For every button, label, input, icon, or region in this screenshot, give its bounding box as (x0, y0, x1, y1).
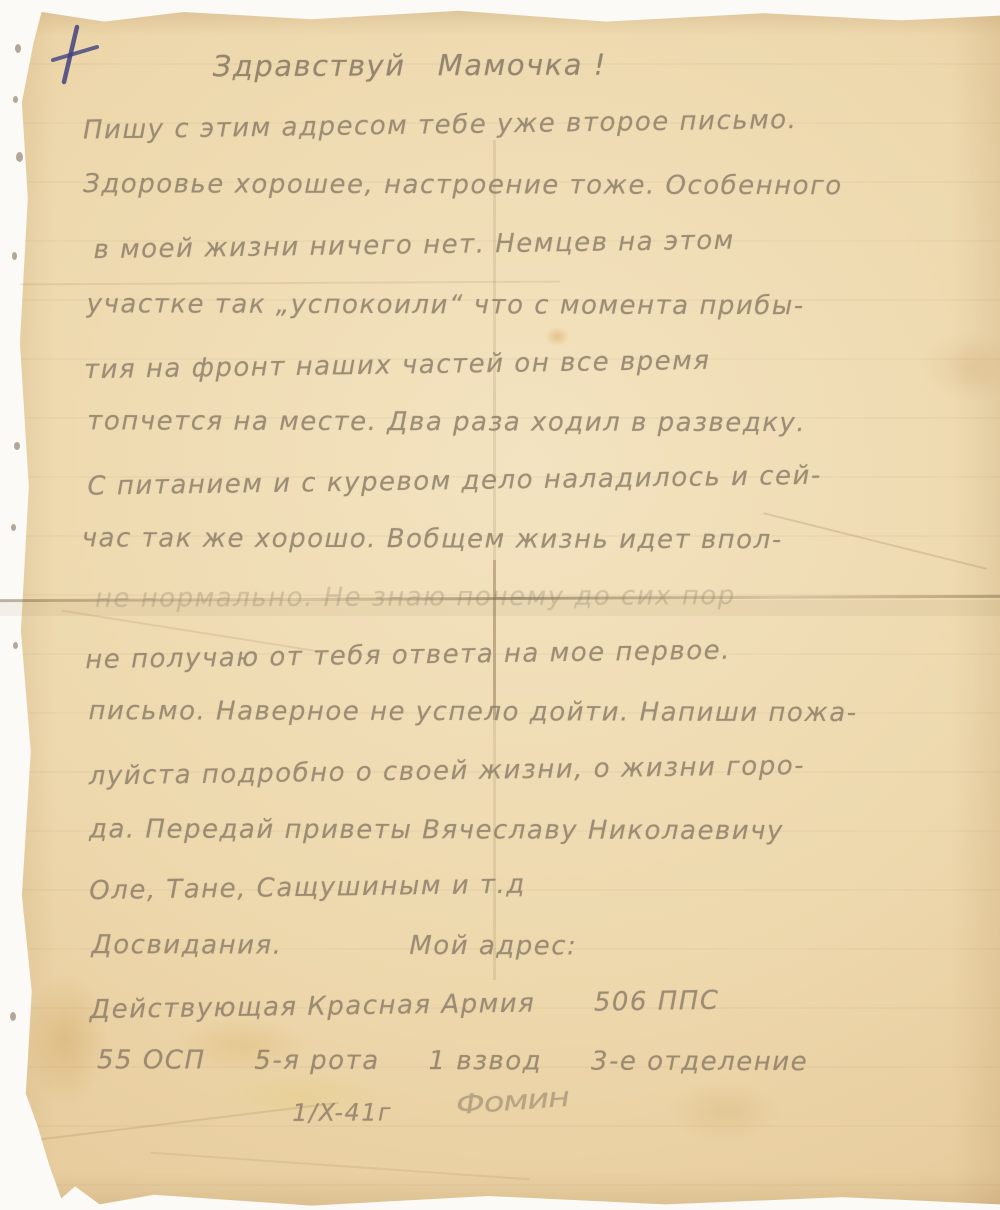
handwritten-line: луйста подробно о своей жизни, о жизни г… (89, 751, 806, 792)
handwritten-line: Досвидания. Мой адрес: (91, 930, 577, 961)
handwritten-line: да. Передай приветы Вячеславу Николаевич… (89, 814, 784, 846)
handwritten-line: час так же хорошо. Вобщем жизнь идет впо… (82, 523, 783, 555)
signature: Фомин (455, 1082, 570, 1121)
handwriting-layer: Здравствуй Мамочка ! Пишу с этим адресом… (0, 0, 1000, 1210)
scanned-letter-page: { "letter": { "corner_mark": "+", "headi… (0, 0, 1000, 1210)
handwritten-line: С питанием и с куревом дело наладилось и… (87, 461, 822, 502)
letter-date: 1/X-41г (292, 1098, 392, 1126)
address-line: 55 ОСП 5-я рота 1 взвод 3-е отделение (97, 1045, 808, 1077)
handwritten-line: Здоровье хорошее, настроение тоже. Особе… (83, 169, 843, 201)
handwritten-line: Оле, Тане, Сащушиным и т.д (89, 870, 526, 906)
handwritten-line: Пишу с этим адресом тебе уже второе пись… (83, 105, 798, 146)
handwritten-line: в моей жизни ничего нет. Немцев на этом (93, 226, 735, 266)
handwritten-line: письмо. Наверное не успело дойти. Напиши… (88, 696, 857, 728)
handwritten-line: не получаю от тебя ответа на мое первое. (85, 636, 731, 676)
letter-greeting: Здравствуй Мамочка ! (213, 48, 607, 84)
handwritten-line-faded: не нормально. Не знаю почему до сих пор (95, 581, 736, 614)
address-line: Действующая Красная Армия 506 ППС (90, 986, 720, 1025)
handwritten-line: тия на фронт наших частей он все время (84, 346, 711, 385)
handwritten-line: топчется на месте. Два раза ходил в разв… (87, 406, 806, 438)
handwritten-line: участке так „успокоили“ что с момента пр… (87, 289, 805, 321)
